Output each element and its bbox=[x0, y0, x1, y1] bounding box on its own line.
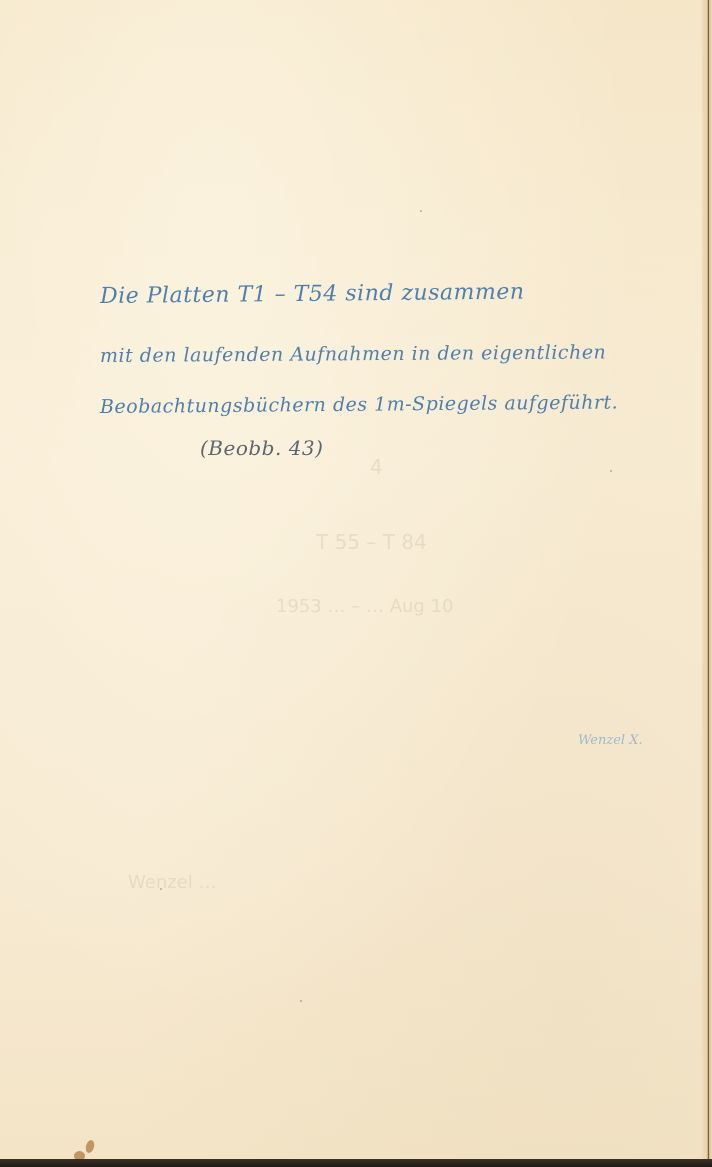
note-line-2: mit den laufenden Aufnahmen in den eigen… bbox=[100, 341, 606, 367]
bleed-through-name: Wenzel … bbox=[128, 872, 216, 893]
scan-border bbox=[0, 1159, 712, 1167]
document-page: Die Platten T1 – T54 sind zusammen mit d… bbox=[0, 0, 712, 1167]
bleed-through-date: 1953 … – … Aug 10 bbox=[276, 596, 453, 617]
bleed-through-plate-range: T 55 – T 84 bbox=[316, 530, 427, 554]
bleed-through-mark: 4 bbox=[370, 455, 383, 479]
margin-note: Wenzel X. bbox=[578, 733, 643, 748]
paper-fleck bbox=[300, 1000, 302, 1002]
paper-fleck bbox=[420, 210, 422, 212]
paper-fleck bbox=[610, 470, 612, 472]
ink-stain bbox=[84, 1139, 95, 1154]
note-line-3: Beobachtungsbüchern des 1m-Spiegels aufg… bbox=[100, 391, 618, 418]
paper-fleck bbox=[160, 888, 162, 890]
note-line-1: Die Platten T1 – T54 sind zusammen bbox=[100, 280, 525, 309]
page-edge bbox=[702, 0, 712, 1167]
note-reference: (Beobb. 43) bbox=[200, 436, 323, 460]
